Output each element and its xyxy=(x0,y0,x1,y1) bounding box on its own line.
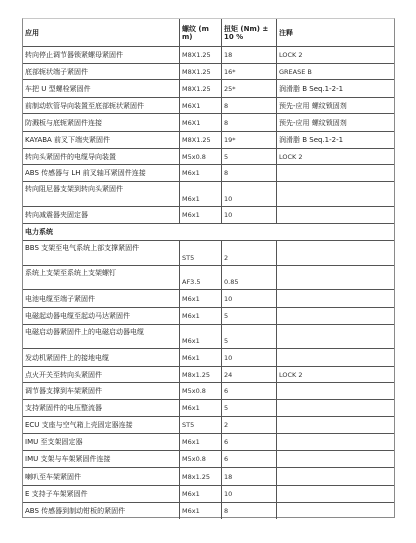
cell-notes: LOCK 2 xyxy=(276,149,394,164)
header-torque: 扭矩 (Nm) ± 10 % xyxy=(221,19,276,46)
cell-application: IMU 支架与车架紧固件连接 xyxy=(23,451,179,467)
cell-notes xyxy=(276,349,394,366)
cell-torque: 19* xyxy=(221,132,276,148)
cell-notes xyxy=(276,417,394,433)
cell-notes: LOCK 2 xyxy=(276,367,394,382)
cell-application: 底部轭状端子紧固件 xyxy=(23,64,179,79)
table-row: 底部轭状端子紧固件 M8X1.25 16* GREASE B xyxy=(23,64,394,80)
cell-torque: 10 xyxy=(221,349,276,366)
cell-notes xyxy=(276,451,394,467)
cell-thread: M6x1 xyxy=(179,434,221,450)
cell-application: ABS 传感器与 LH 前叉轴耳紧固件连接 xyxy=(23,165,179,181)
section-title: 电力系统 xyxy=(23,224,394,240)
cell-torque: 5 xyxy=(221,149,276,164)
cell-thread: M5x0.8 xyxy=(179,383,221,399)
cell-notes xyxy=(276,207,394,223)
cell-notes: 预先-应用 螺纹锁固剂 xyxy=(276,98,394,113)
cell-torque: 5 xyxy=(221,400,276,416)
cell-thread: AF3.5 xyxy=(179,266,221,289)
header-application: 应用 xyxy=(23,19,179,46)
cell-thread: M8X1.25 xyxy=(179,47,221,63)
cell-thread: M8X1.25 xyxy=(179,80,221,97)
table-row: 支持紧固件的电压整流器 M6x1 5 xyxy=(23,400,394,417)
cell-torque: 8 xyxy=(221,165,276,181)
cell-application: 防溅板与底轭紧固件连接 xyxy=(23,114,179,131)
cell-torque: 2 xyxy=(221,241,276,265)
cell-torque: 10 xyxy=(221,486,276,502)
cell-notes xyxy=(276,486,394,502)
cell-application: ECU 支座与空气箱上壳固定器连接 xyxy=(23,417,179,433)
cell-notes: 润滑脂 B Seq.1-2-1 xyxy=(276,132,394,148)
cell-notes xyxy=(276,241,394,265)
cell-notes: GREASE B xyxy=(276,64,394,79)
table-row: KAYABA 前叉下端夹紧固件 M8X1.25 19* 润滑脂 B Seq.1-… xyxy=(23,132,394,149)
cell-torque: 8 xyxy=(221,98,276,113)
cell-thread: M6x1 xyxy=(179,503,221,519)
cell-thread: M6x1 xyxy=(179,486,221,502)
cell-notes xyxy=(276,266,394,289)
cell-thread: M6x1 xyxy=(179,325,221,348)
table-row: 转向头紧固件的电缆导向装置 M5x0.8 5 LOCK 2 xyxy=(23,149,394,165)
cell-notes xyxy=(276,468,394,485)
cell-torque: 25* xyxy=(221,80,276,97)
cell-torque: 18 xyxy=(221,47,276,63)
cell-application: 转向停止调节器锁紧螺母紧固件 xyxy=(23,47,179,63)
table-row: 电磁启动器紧固件上的电磁启动器电缆 M6x1 5 xyxy=(23,325,394,349)
cell-torque: 8 xyxy=(221,114,276,131)
table-row: IMU 支架与车架紧固件连接 M5x0.8 6 xyxy=(23,451,394,468)
cell-torque: 10 xyxy=(221,290,276,307)
cell-thread: M5x0.8 xyxy=(179,451,221,467)
cell-thread: ST5 xyxy=(179,417,221,433)
cell-thread: M6x1 xyxy=(179,349,221,366)
cell-notes xyxy=(276,503,394,519)
cell-thread: M6x1 xyxy=(179,182,221,206)
cell-application: 调节器支撑到车架紧固件 xyxy=(23,383,179,399)
cell-torque: 8 xyxy=(221,503,276,519)
header-thread: 螺纹 (m m) xyxy=(179,19,221,46)
cell-thread: M8x1.25 xyxy=(179,367,221,382)
table-row: ECU 支座与空气箱上壳固定器连接 ST5 2 xyxy=(23,417,394,434)
cell-application: 系统上支架至系统上支架螺钉 xyxy=(23,266,179,289)
cell-notes: LOCK 2 xyxy=(276,47,394,63)
cell-thread: M6x1 xyxy=(179,290,221,307)
cell-thread: M6x1 xyxy=(179,308,221,324)
cell-application: 电磁启动器紧固件上的电磁启动器电缆 xyxy=(23,325,179,348)
torque-table: 应用 螺纹 (m m) 扭矩 (Nm) ± 10 % 注释 转向停止调节器锁紧螺… xyxy=(22,18,395,518)
table-row: 点火开关至转向头紧固件 M8x1.25 24 LOCK 2 xyxy=(23,367,394,383)
cell-application: 车把 U 型螺栓紧固件 xyxy=(23,80,179,97)
cell-torque: 18 xyxy=(221,468,276,485)
cell-notes xyxy=(276,182,394,206)
cell-thread: M8X1.25 xyxy=(179,132,221,148)
table-row: 电磁起动器电缆至起动马达紧固件 M6x1 5 xyxy=(23,308,394,325)
cell-thread: M8X1.25 xyxy=(179,64,221,79)
table-row: 发动机紧固件上的接地电缆 M6x1 10 xyxy=(23,349,394,367)
table-row: BBS 支架至电气系统上部支撑紧固件 ST5 2 xyxy=(23,241,394,266)
table-row: 转向减震器夹固定器 M6x1 10 xyxy=(23,207,394,224)
cell-notes xyxy=(276,383,394,399)
cell-application: ABS 传感器到制动钳板的紧固件 xyxy=(23,503,179,519)
section-row: 电力系统 xyxy=(23,224,394,241)
cell-torque: 10 xyxy=(221,182,276,206)
cell-thread: M6X1 xyxy=(179,98,221,113)
cell-application: 转向头紧固件的电缆导向装置 xyxy=(23,149,179,164)
cell-torque: 6 xyxy=(221,451,276,467)
cell-application: 发动机紧固件上的接地电缆 xyxy=(23,349,179,366)
header-notes: 注释 xyxy=(276,19,394,46)
cell-thread: M6x1 xyxy=(179,400,221,416)
table-row: ABS 传感器到制动钳板的紧固件 M6x1 8 xyxy=(23,503,394,519)
cell-thread: M5x0.8 xyxy=(179,149,221,164)
cell-thread: M6x1 xyxy=(179,207,221,223)
table-row: 转向停止调节器锁紧螺母紧固件 M8X1.25 18 LOCK 2 xyxy=(23,47,394,64)
cell-notes xyxy=(276,290,394,307)
cell-torque: 5 xyxy=(221,325,276,348)
cell-thread: M8x1.25 xyxy=(179,468,221,485)
table-row: E 支持子车架紧固件 M6x1 10 xyxy=(23,486,394,503)
cell-notes: 润滑脂 B Seq.1-2-1 xyxy=(276,80,394,97)
table-row: 喇叭至车架紧固件 M8x1.25 18 xyxy=(23,468,394,486)
table-row: IMU 至支架固定器 M6x1 6 xyxy=(23,434,394,451)
cell-application: BBS 支架至电气系统上部支撑紧固件 xyxy=(23,241,179,265)
table-row: 防溅板与底轭紧固件连接 M6X1 8 预先-应用 螺纹锁固剂 xyxy=(23,114,394,132)
cell-notes xyxy=(276,308,394,324)
table-row: 系统上支架至系统上支架螺钉 AF3.5 0.85 xyxy=(23,266,394,290)
cell-application: 喇叭至车架紧固件 xyxy=(23,468,179,485)
cell-torque: 6 xyxy=(221,383,276,399)
cell-notes xyxy=(276,325,394,348)
table-row: 电池电缆至端子紧固件 M6x1 10 xyxy=(23,290,394,308)
cell-application: KAYABA 前叉下端夹紧固件 xyxy=(23,132,179,148)
cell-torque: 6 xyxy=(221,434,276,450)
cell-application: 电池电缆至端子紧固件 xyxy=(23,290,179,307)
table-row: 前制动软管导向装置至底部轭状紧固件 M6X1 8 预先-应用 螺纹锁固剂 xyxy=(23,98,394,114)
cell-torque: 0.85 xyxy=(221,266,276,289)
cell-torque: 24 xyxy=(221,367,276,382)
table-row: 转向阻尼器支架到转向头紧固件 M6x1 10 xyxy=(23,182,394,207)
cell-notes xyxy=(276,434,394,450)
cell-thread: ST5 xyxy=(179,241,221,265)
cell-application: 支持紧固件的电压整流器 xyxy=(23,400,179,416)
cell-notes xyxy=(276,165,394,181)
cell-notes: 预先-应用 螺纹锁固剂 xyxy=(276,114,394,131)
cell-thread: M6X1 xyxy=(179,114,221,131)
cell-torque: 16* xyxy=(221,64,276,79)
table-header: 应用 螺纹 (m m) 扭矩 (Nm) ± 10 % 注释 xyxy=(23,19,394,47)
cell-application: 点火开关至转向头紧固件 xyxy=(23,367,179,382)
cell-application: 转向减震器夹固定器 xyxy=(23,207,179,223)
cell-torque: 5 xyxy=(221,308,276,324)
cell-thread: M6x1 xyxy=(179,165,221,181)
table-row: 车把 U 型螺栓紧固件 M8X1.25 25* 润滑脂 B Seq.1-2-1 xyxy=(23,80,394,98)
table-row: 调节器支撑到车架紧固件 M5x0.8 6 xyxy=(23,383,394,400)
cell-application: IMU 至支架固定器 xyxy=(23,434,179,450)
cell-application: 转向阻尼器支架到转向头紧固件 xyxy=(23,182,179,206)
cell-notes xyxy=(276,400,394,416)
cell-application: 前制动软管导向装置至底部轭状紧固件 xyxy=(23,98,179,113)
table-row: ABS 传感器与 LH 前叉轴耳紧固件连接 M6x1 8 xyxy=(23,165,394,182)
cell-application: E 支持子车架紧固件 xyxy=(23,486,179,502)
cell-application: 电磁起动器电缆至起动马达紧固件 xyxy=(23,308,179,324)
cell-torque: 2 xyxy=(221,417,276,433)
cell-torque: 10 xyxy=(221,207,276,223)
